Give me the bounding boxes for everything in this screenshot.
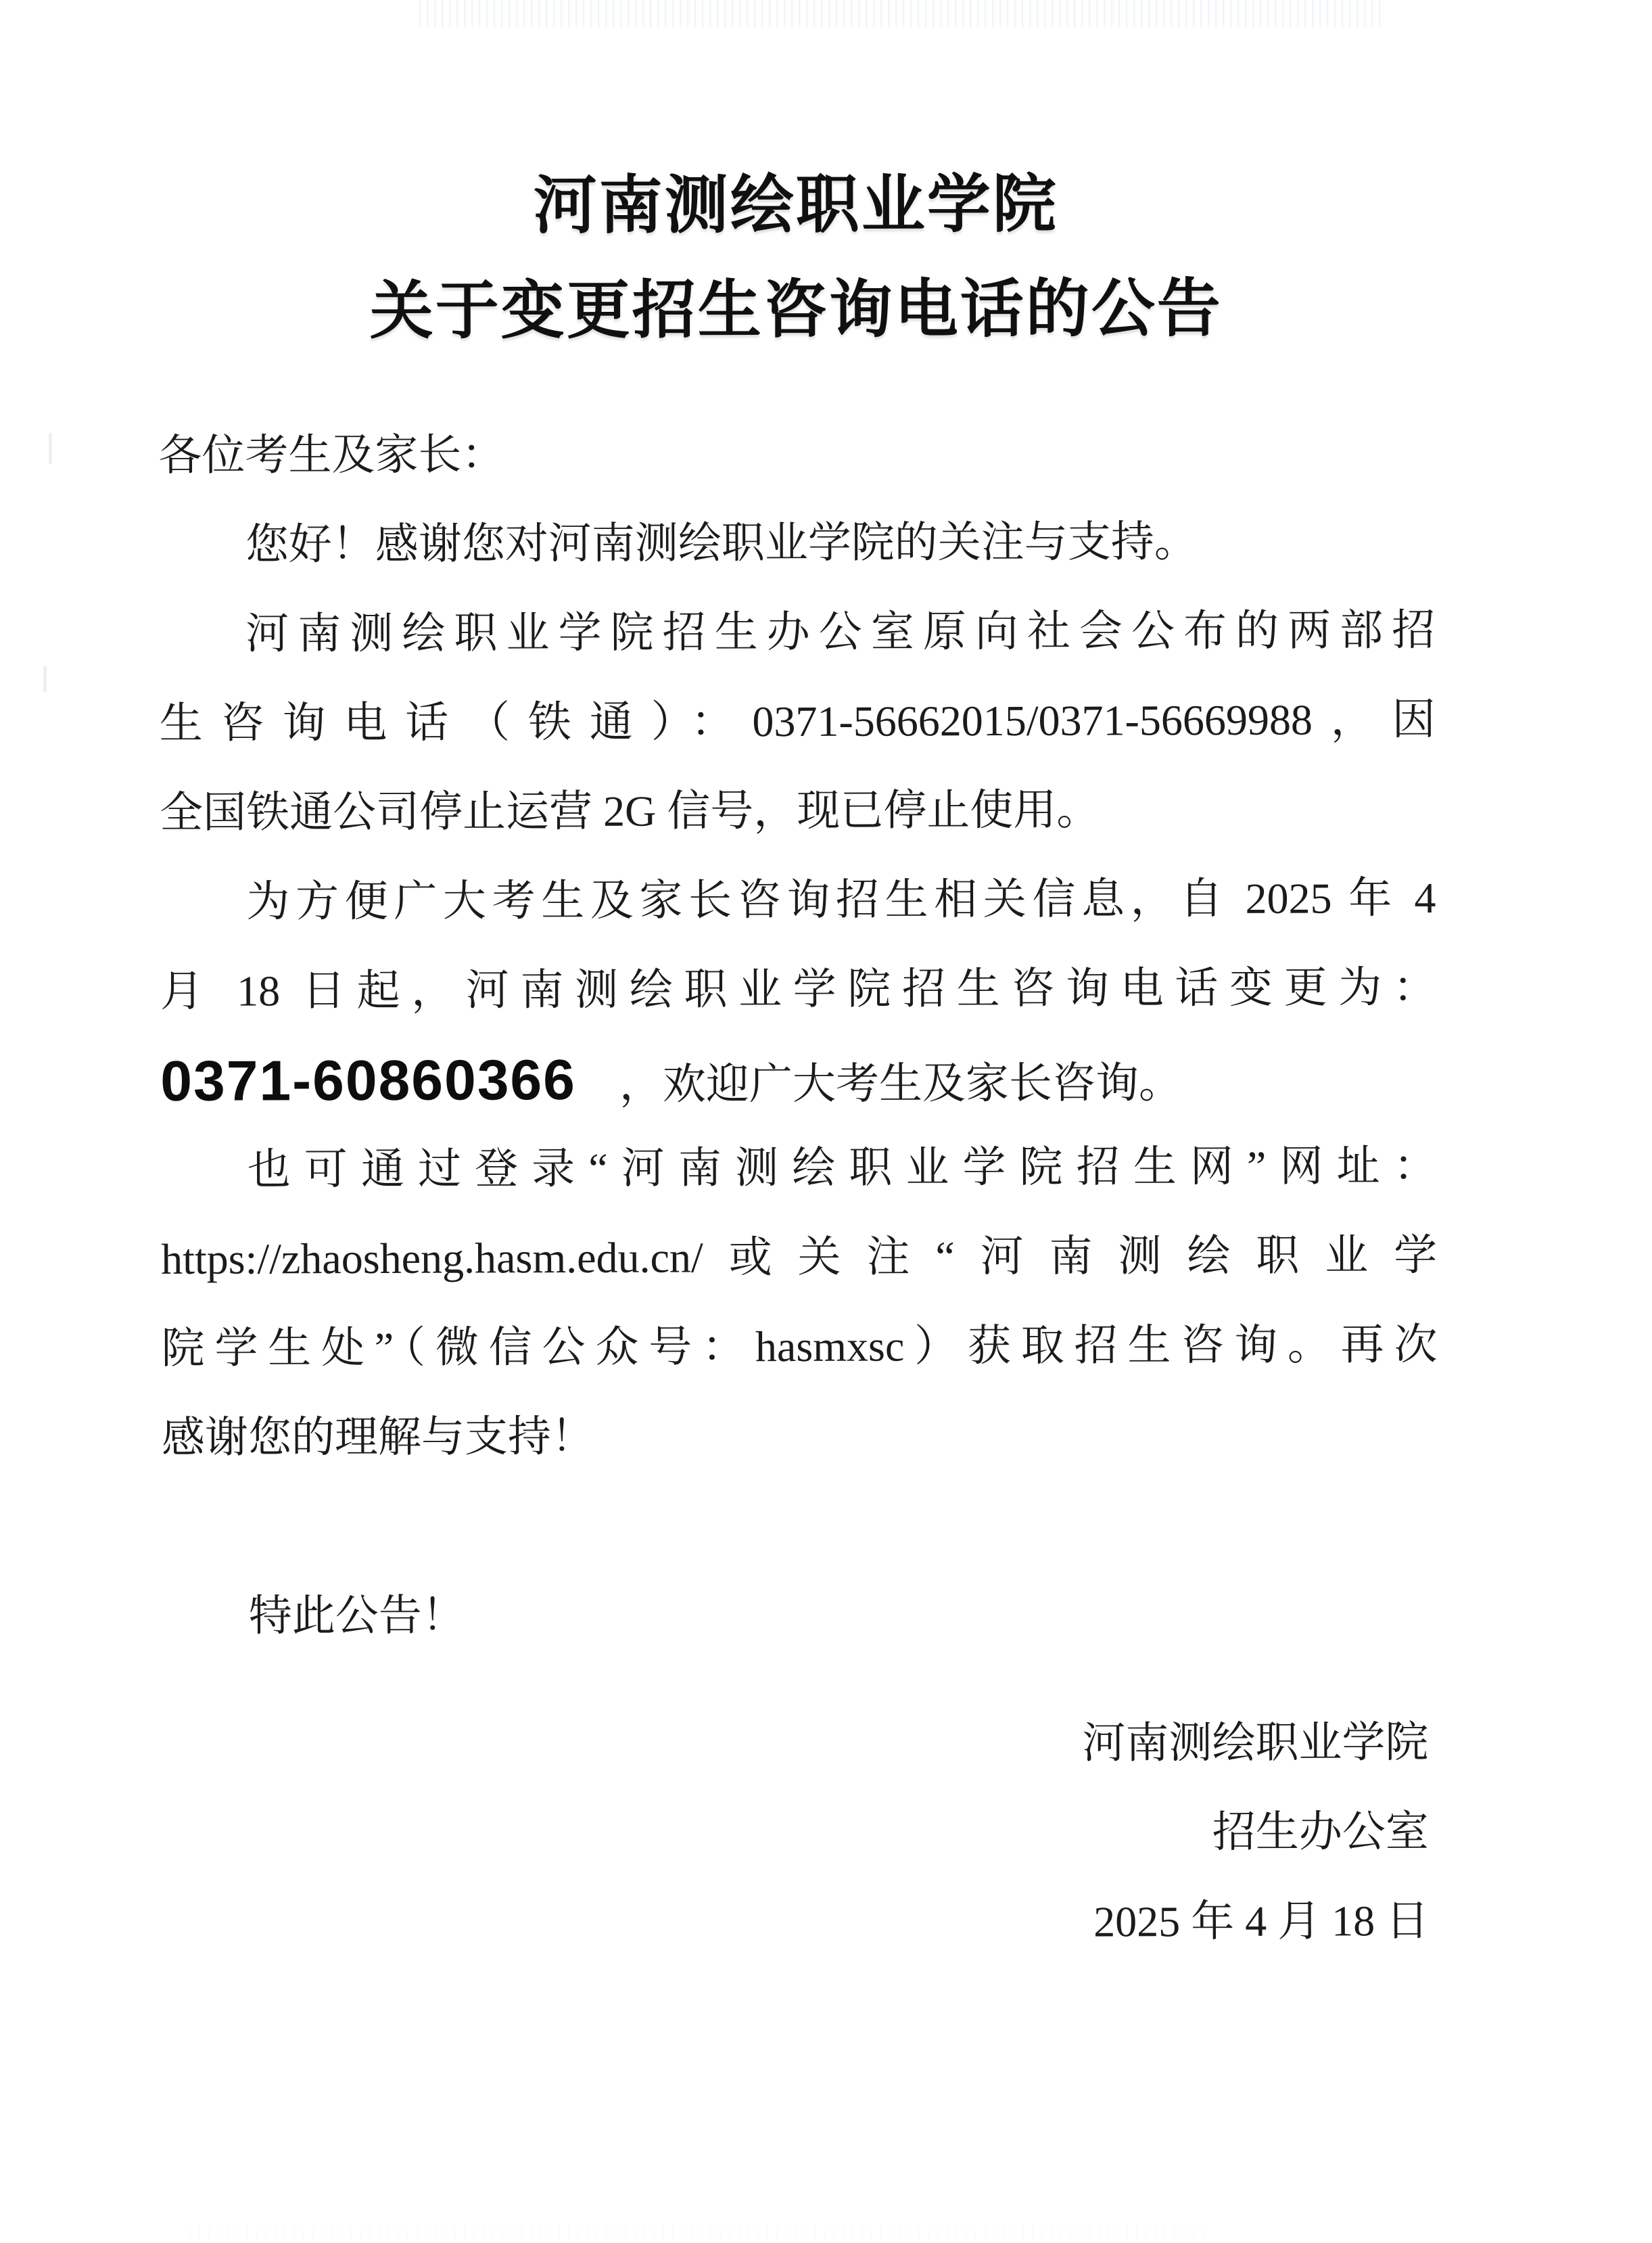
scan-artifact-top (419, 0, 1386, 27)
paragraph-line: 感谢您的理解与支持！ (162, 1389, 1438, 1483)
document-body: 各位考生及家长： 您好！感谢您对河南测绘职业学院的关注与支持。 河南测绘职业学院… (158, 407, 1439, 1970)
paragraph-line: 河南测绘职业学院招生办公室原向社会公布的两部招 (159, 586, 1435, 679)
document-title: 河南测绘职业学院 关于变更招生咨询电话的公告 (158, 150, 1434, 364)
new-phone-number: 0371-60860366 (160, 1048, 576, 1113)
signature-block: 河南测绘职业学院 招生办公室 2025 年 4 月 18 日 (162, 1698, 1439, 1970)
paragraph-line-old-phones: 生咨询电话（铁通）：0371-56662015/0371-56669988，因 (159, 675, 1435, 768)
paragraph-line: 为方便广大考生及家长咨询招生相关信息，自 2025 年 4 (160, 854, 1436, 947)
paragraph-line-website-url: https://zhaosheng.hasm.edu.cn/或关注“河南测绘职业… (161, 1211, 1437, 1304)
paragraph-line: 您好！感谢您对河南测绘职业学院的关注与支持。 (159, 496, 1435, 590)
new-phone-line-suffix: ，欢迎广大考生及家长咨询。 (576, 1059, 1182, 1109)
document-content: 河南测绘职业学院 关于变更招生咨询电话的公告 各位考生及家长： 您好！感谢您对河… (158, 150, 1439, 1970)
title-line-1: 河南测绘职业学院 (158, 150, 1434, 259)
paragraph-line: 全国铁通公司停止运营 2G 信号，现已停止使用。 (160, 764, 1436, 858)
signature-date: 2025 年 4 月 18 日 (163, 1876, 1429, 1970)
title-line-2: 关于变更招生咨询电话的公告 (158, 255, 1434, 364)
paragraph-line: 月 18 日起，河南测绘职业学院招生咨询电话变更为： (160, 943, 1436, 1036)
signature-office: 招生办公室 (163, 1787, 1429, 1880)
scan-speck (43, 666, 47, 692)
scan-speck (49, 433, 52, 464)
scanned-announcement-page: 河南测绘职业学院 关于变更招生咨询电话的公告 各位考生及家长： 您好！感谢您对河… (0, 0, 1652, 2243)
new-phone-line: 0371-60860366 ，欢迎广大考生及家长咨询。 (160, 1032, 1436, 1126)
closing-line: 特此公告！ (162, 1568, 1438, 1661)
scan-artifact-bottom (189, 2225, 1204, 2240)
paragraph-line: 也可通过登录“河南测绘职业学院招生网”网址： (161, 1121, 1437, 1215)
paragraph-line-wechat: 院学生处”（微信公众号：hasmxsc）获取招生咨询。再次 (161, 1300, 1437, 1393)
blank-line (162, 1479, 1438, 1572)
salutation-line: 各位考生及家长： (158, 407, 1434, 501)
signature-org: 河南测绘职业学院 (162, 1698, 1428, 1791)
